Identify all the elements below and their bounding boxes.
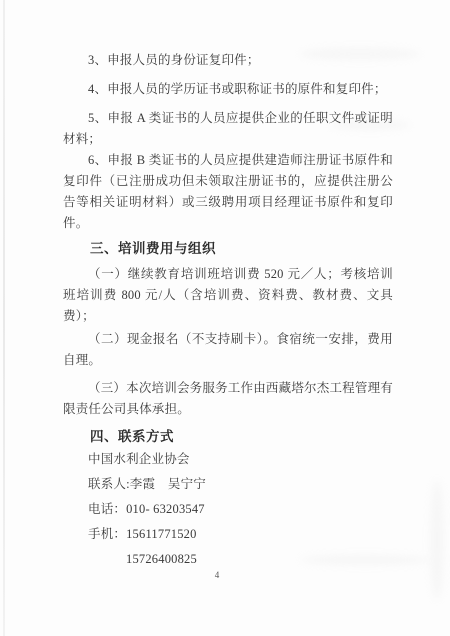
document-body: 3、申报人员的身份证复印件； 4、申报人员的学历证书或职称证书的原件和复印件； … (63, 50, 393, 572)
contact-mobile-1: 手机：15611771520 (63, 522, 393, 547)
list-item-3: 3、申报人员的身份证复印件； (63, 50, 393, 71)
contact-phone: 电话：010- 63203547 (63, 497, 393, 522)
list-item-4: 4、申报人员的学历证书或职称证书的原件和复印件； (63, 79, 393, 100)
paragraph-fee-2: （二）现金报名（不支持刷卡）。食宿统一安排，费用自理。 (63, 329, 393, 371)
paragraph-fee-3: （三）本次培训会务服务工作由西藏塔尔杰工程管理有限责任公司具体承担。 (63, 378, 393, 420)
contact-persons: 联系人:李霞 吴宁宁 (63, 472, 393, 497)
page-number: 4 (0, 570, 434, 580)
list-item-5: 5、申报 A 类证书的人员应提供企业的任职文件或证明材料； (63, 108, 393, 150)
scan-smudge-artifact (430, 480, 444, 600)
section-heading-training-fees: 三、培训费用与组织 (63, 238, 393, 259)
paragraph-fee-1: （一）继续教育培训班培训费 520 元／人；考核培训班培训费 800 元/人（含… (63, 264, 393, 327)
scan-edge-artifact (3, 0, 5, 636)
scanned-document-page: 3、申报人员的身份证复印件； 4、申报人员的学历证书或职称证书的原件和复印件； … (0, 0, 450, 636)
section-heading-contact-info: 四、联系方式 (63, 426, 393, 447)
list-item-6: 6、申报 B 类证书的人员应提供建造师注册证书原件和复印件（已注册成功但未领取注… (63, 150, 393, 234)
contact-mobile-2: 15726400825 (63, 547, 393, 572)
organization-name: 中国水利企业协会 (63, 447, 393, 472)
